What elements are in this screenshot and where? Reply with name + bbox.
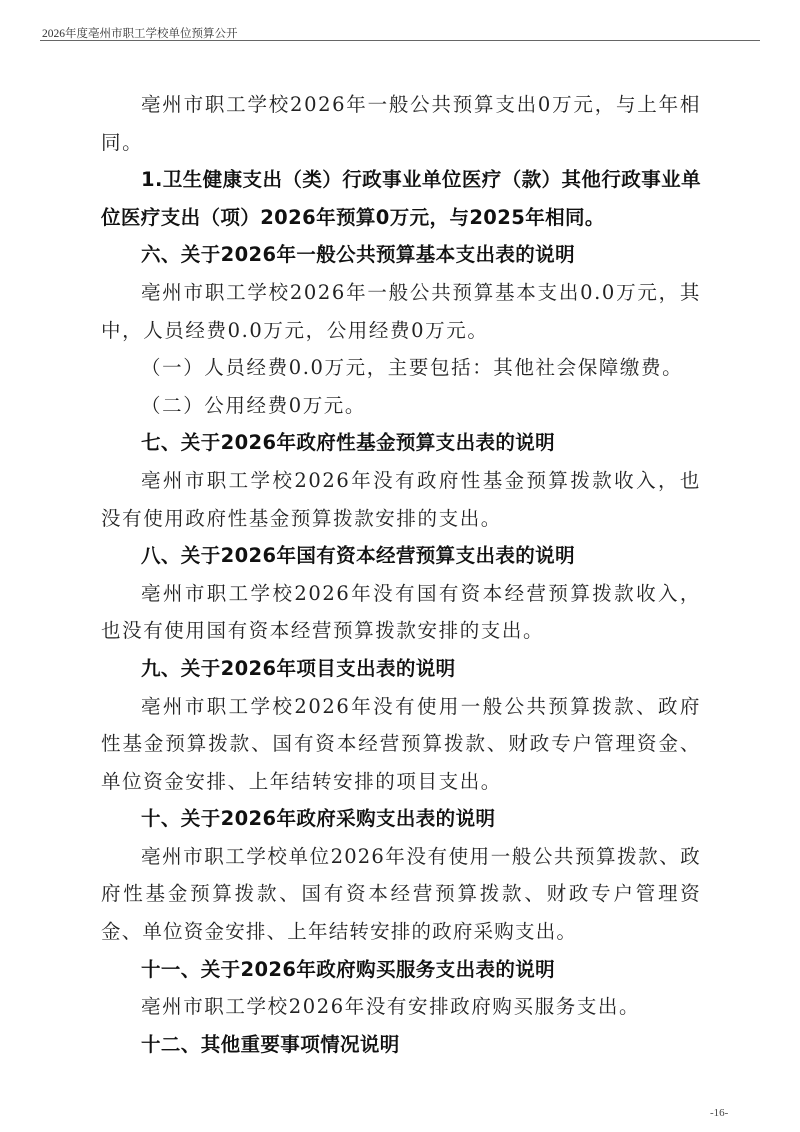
- paragraph-government-fund: 亳州市职工学校2026年没有政府性基金预算拨款收入，也没有使用政府性基金预算拨款…: [101, 462, 701, 537]
- paragraph-general-budget-total: 亳州市职工学校2026年一般公共预算支出0万元，与上年相同。: [101, 86, 701, 161]
- section-heading-10: 十、关于2026年政府采购支出表的说明: [101, 800, 701, 838]
- section-heading-11: 十一、关于2026年政府购买服务支出表的说明: [101, 951, 701, 989]
- document-body: 亳州市职工学校2026年一般公共预算支出0万元，与上年相同。 1.卫生健康支出（…: [101, 86, 701, 1063]
- section-heading-9: 九、关于2026年项目支出表的说明: [101, 650, 701, 688]
- paragraph-government-procurement: 亳州市职工学校单位2026年没有使用一般公共预算拨款、政府性基金预算拨款、国有资…: [101, 838, 701, 951]
- page-header: 2026年度亳州市职工学校单位预算公开: [40, 24, 760, 41]
- section-heading-7: 七、关于2026年政府性基金预算支出表的说明: [101, 424, 701, 462]
- paragraph-public-expenses: （二）公用经费0万元。: [101, 387, 701, 425]
- paragraph-basic-expenditure: 亳州市职工学校2026年一般公共预算基本支出0.0万元，其中，人员经费0.0万元…: [101, 274, 701, 349]
- document-title: 2026年度亳州市职工学校单位预算公开: [42, 25, 238, 41]
- section-heading-8: 八、关于2026年国有资本经营预算支出表的说明: [101, 537, 701, 575]
- paragraph-project-expenditure: 亳州市职工学校2026年没有使用一般公共预算拨款、政府性基金预算拨款、国有资本经…: [101, 688, 701, 801]
- section-heading-6: 六、关于2026年一般公共预算基本支出表的说明: [101, 236, 701, 274]
- paragraph-purchase-services: 亳州市职工学校2026年没有安排政府购买服务支出。: [101, 988, 701, 1026]
- section-heading-12: 十二、其他重要事项情况说明: [101, 1026, 701, 1064]
- paragraph-personnel-expenses: （一）人员经费0.0万元，主要包括：其他社会保障缴费。: [101, 349, 701, 387]
- page-number: -16-: [710, 1107, 728, 1119]
- item-health-expenditure: 1.卫生健康支出（类）行政事业单位医疗（款）其他行政事业单位医疗支出（项）202…: [101, 161, 701, 236]
- paragraph-state-capital: 亳州市职工学校2026年没有国有资本经营预算拨款收入，也没有使用国有资本经营预算…: [101, 575, 701, 650]
